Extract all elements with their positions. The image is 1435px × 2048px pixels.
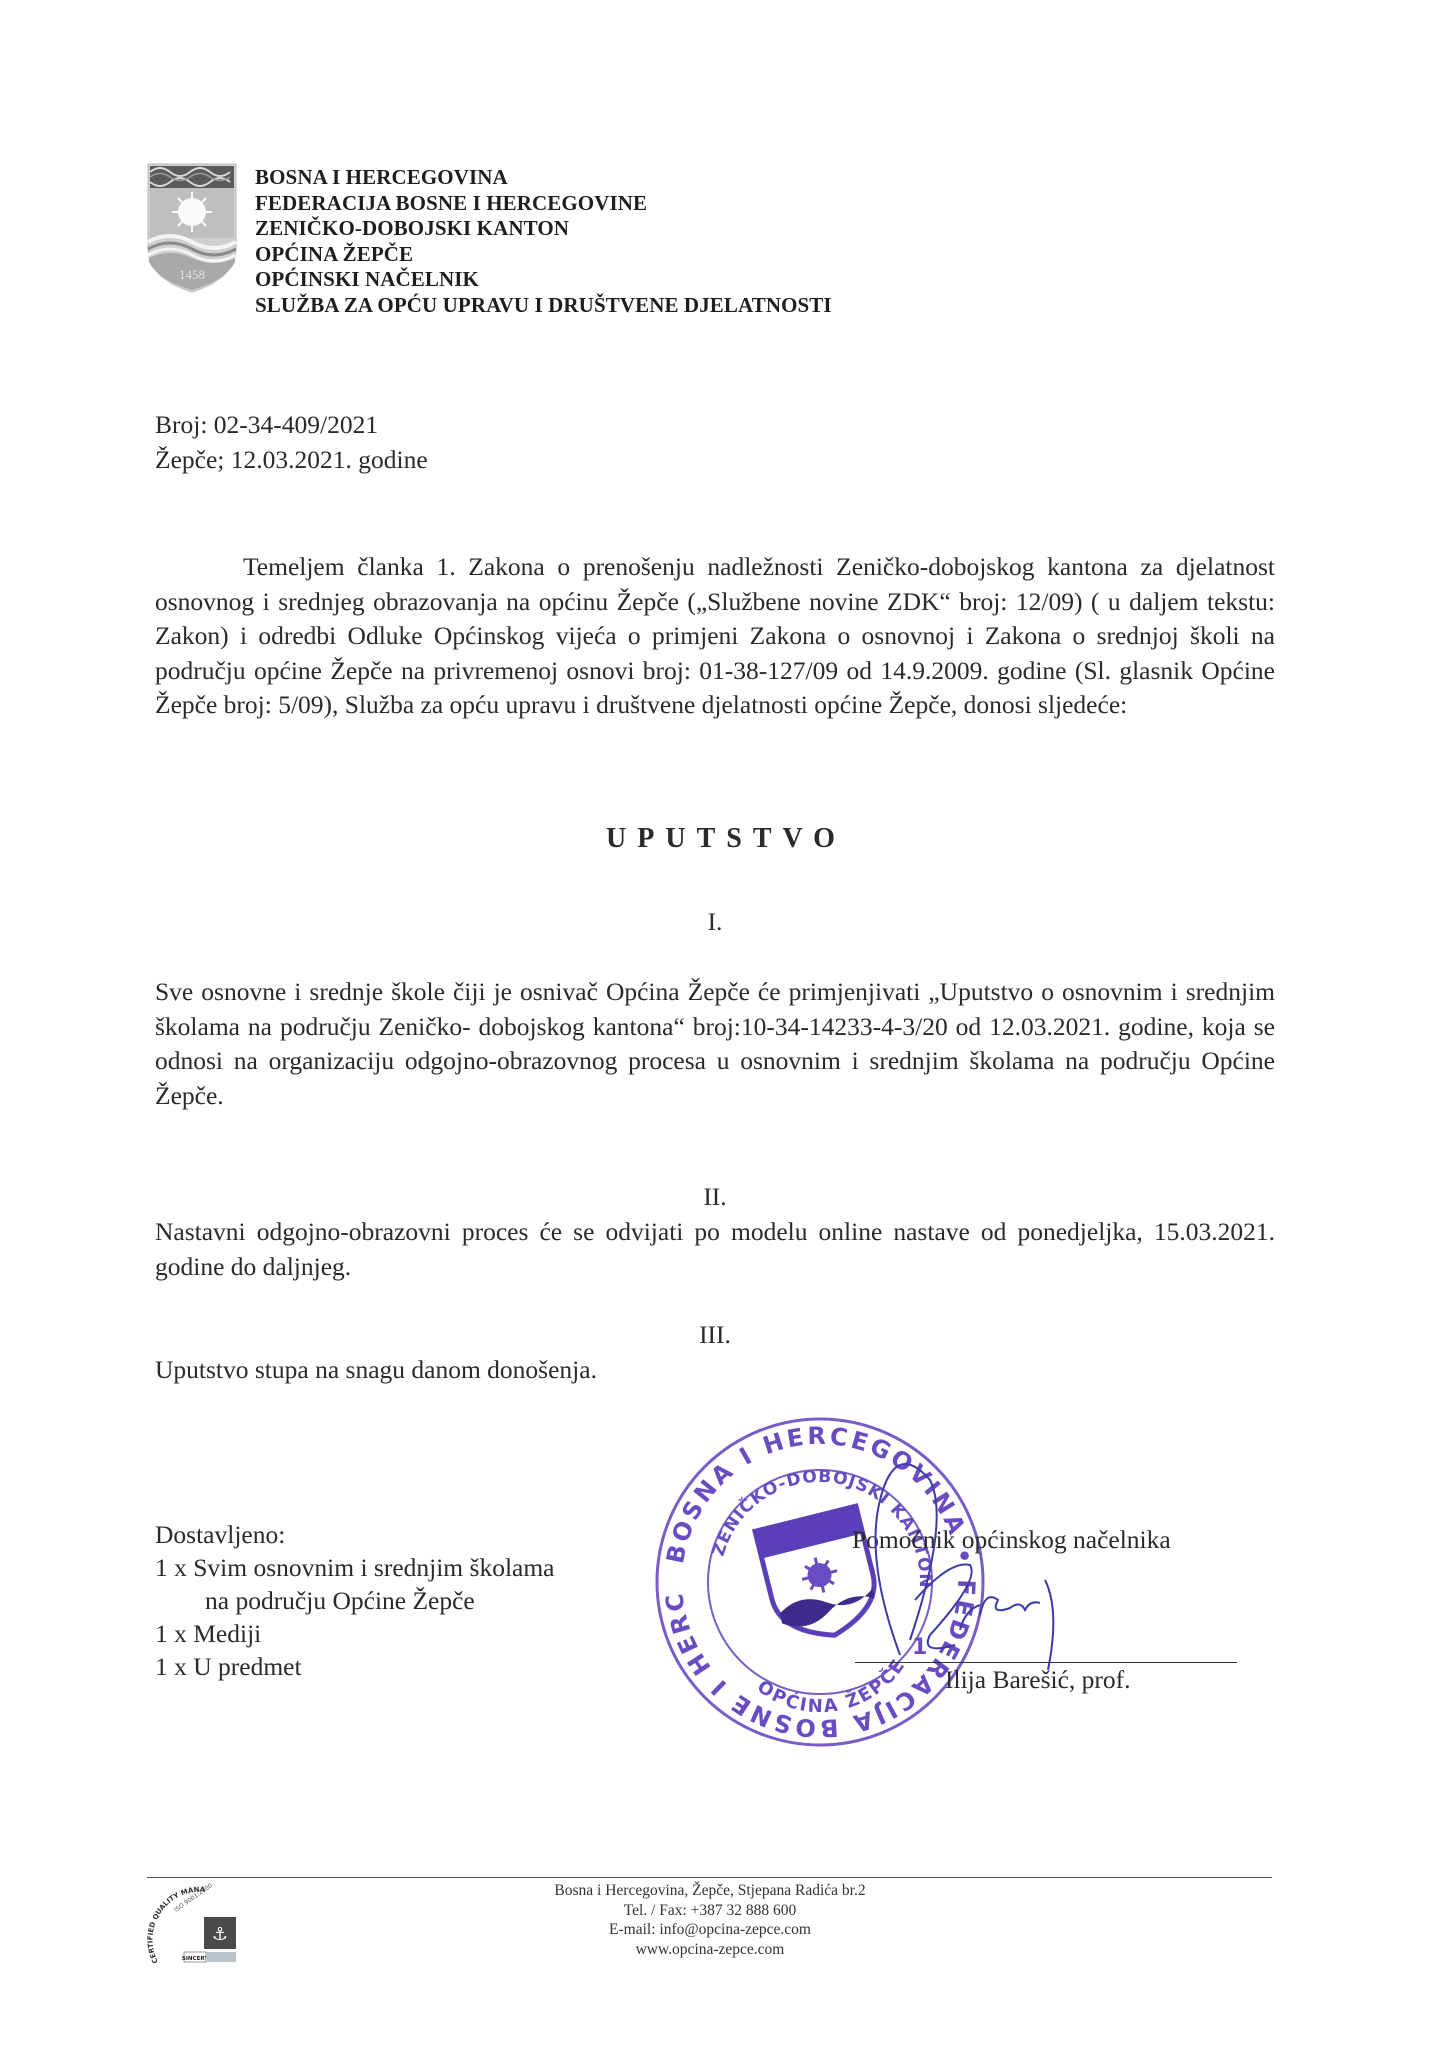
footer-phone: Tel. / Fax: +387 32 888 600 <box>430 1901 990 1921</box>
section-3-numeral: III. <box>155 1318 1275 1353</box>
section-1-text: Sve osnovne i srednje škole čiji je osni… <box>155 975 1275 1113</box>
reference-number: Broj: 02-34-409/2021 <box>155 408 428 443</box>
svg-text:⚓: ⚓ <box>212 1924 228 1945</box>
footer-divider <box>147 1877 1272 1878</box>
footer-website[interactable]: www.opcina-zepce.com <box>430 1940 990 1960</box>
svg-text:1458: 1458 <box>179 267 205 282</box>
reference-block: Broj: 02-34-409/2021 Žepče; 12.03.2021. … <box>155 408 428 477</box>
section-1-numeral: I. <box>155 905 1275 940</box>
svg-text:SINCERT: SINCERT <box>182 1956 208 1962</box>
reference-place-date: Žepče; 12.03.2021. godine <box>155 443 428 478</box>
handwritten-signature <box>870 1440 1190 1670</box>
footer-email[interactable]: E-mail: info@opcina-zepce.com <box>430 1920 990 1940</box>
section-3-text: Uputstvo stupa na snagu danom donošenja. <box>155 1353 597 1388</box>
letterhead-municipality: OPĆINA ŽEPČE <box>255 242 832 268</box>
distribution-item: 1 x Mediji <box>155 1617 555 1650</box>
letterhead-country: BOSNA I HERCEGOVINA <box>255 165 832 191</box>
distribution-item: 1 x U predmet <box>155 1650 555 1683</box>
section-2-text: Nastavni odgojno-obrazovni proces će se … <box>155 1215 1275 1284</box>
letterhead-mayor: OPĆINSKI NAČELNIK <box>255 267 832 293</box>
distribution-label: Dostavljeno: <box>155 1518 555 1551</box>
letterhead-canton: ZENIČKO-DOBOJSKI KANTON <box>255 216 832 242</box>
letterhead: BOSNA I HERCEGOVINA FEDERACIJA BOSNE I H… <box>255 165 832 318</box>
section-2-numeral: II. <box>155 1180 1275 1215</box>
distribution-item: na području Općine Žepče <box>155 1584 555 1617</box>
iso-certification-icon: CERTIFIED QUALITY MANAGEMENT SYSTEM ISO … <box>146 1882 246 1974</box>
municipal-coat-of-arms-icon: 1458 <box>146 162 238 294</box>
document-title: UPUTSTVO <box>155 823 1286 855</box>
signatory-name: Ilija Barešić, prof. <box>945 1663 1131 1698</box>
letterhead-federation: FEDERACIJA BOSNE I HERCEGOVINE <box>255 191 832 217</box>
distribution-item: 1 x Svim osnovnim i srednjim školama <box>155 1551 555 1584</box>
preamble-paragraph: Temeljem članka 1. Zakona o prenošenju n… <box>155 550 1275 723</box>
footer-address: Bosna i Hercegovina, Žepče, Stjepana Rad… <box>430 1881 990 1901</box>
letterhead-department: SLUŽBA ZA OPĆU UPRAVU I DRUŠTVENE DJELAT… <box>255 293 832 319</box>
footer-contact: Bosna i Hercegovina, Žepče, Stjepana Rad… <box>430 1881 990 1959</box>
distribution-list: Dostavljeno: 1 x Svim osnovnim i srednji… <box>155 1518 555 1683</box>
